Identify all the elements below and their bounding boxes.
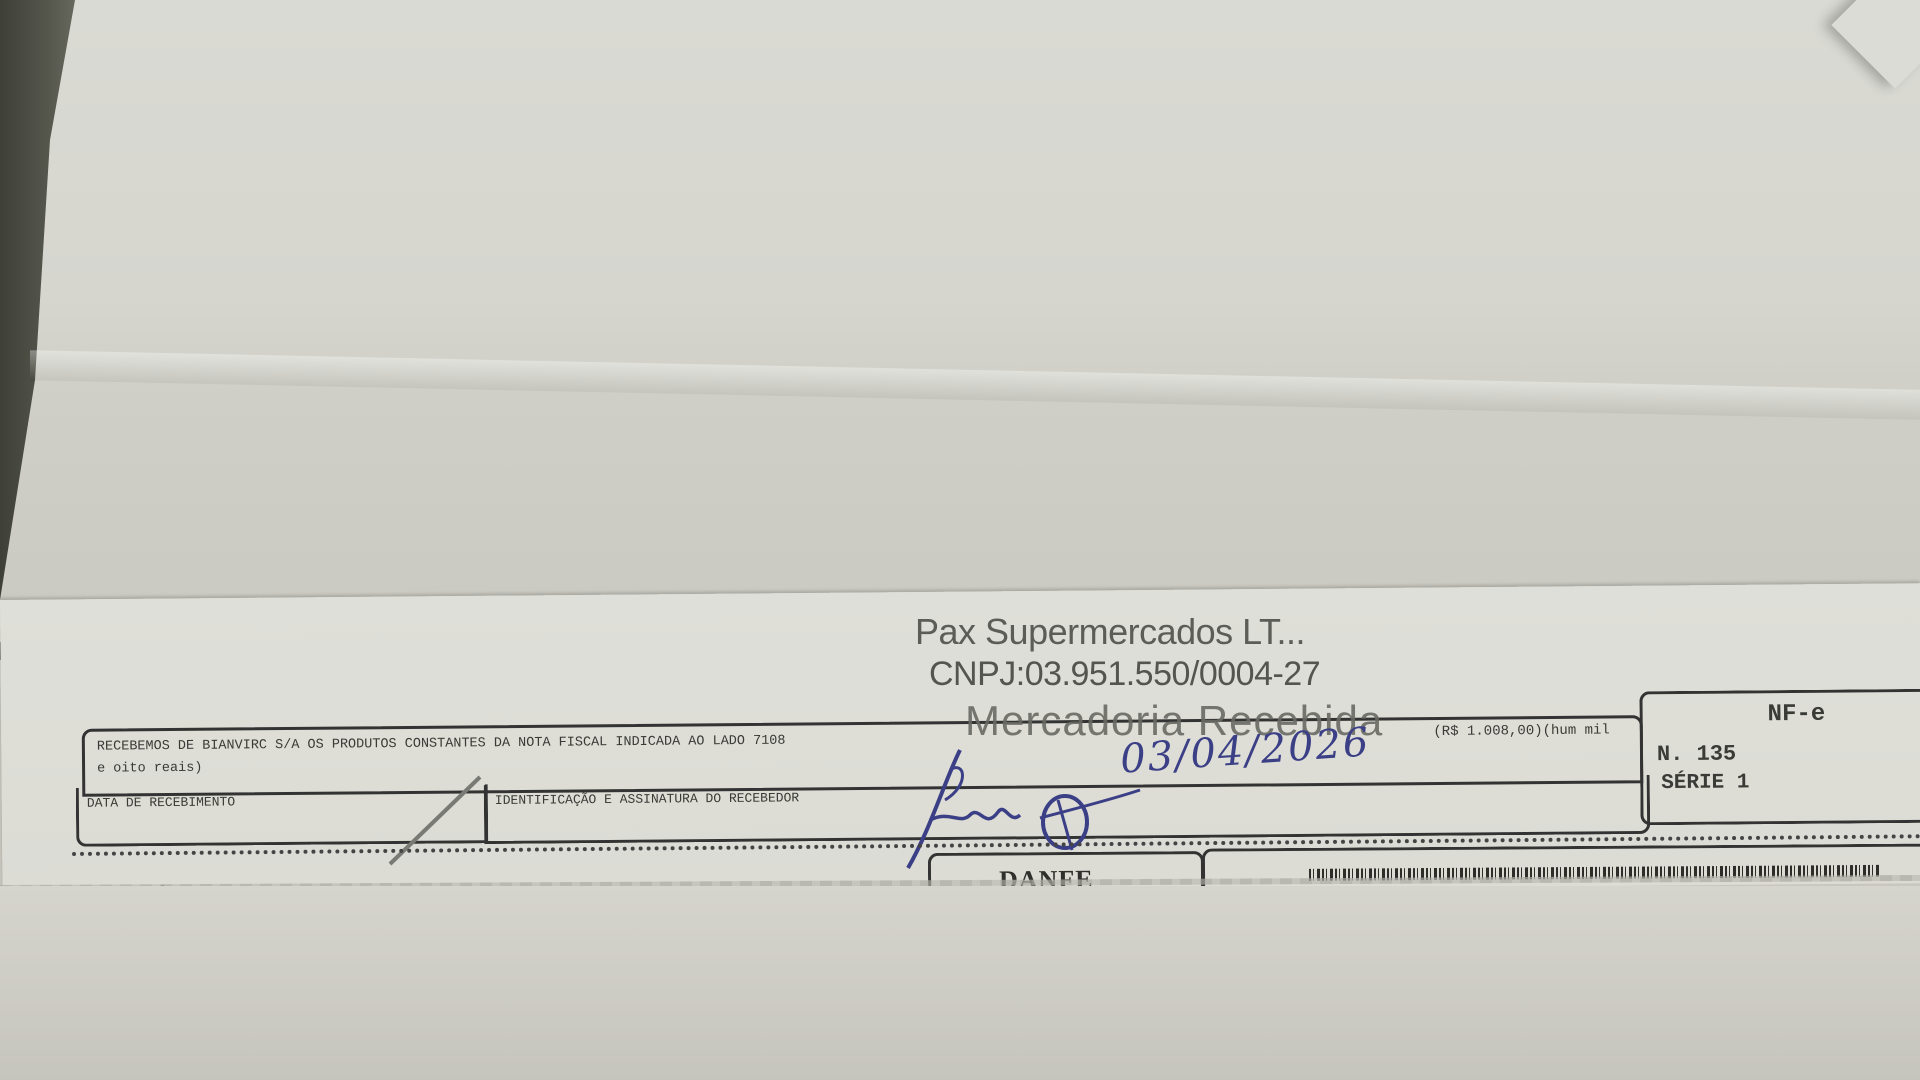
- folded-page: [0, 0, 1920, 660]
- company-name: Pax Supermercados LT...: [915, 611, 1305, 652]
- receipt-statement-line2: e oito reais): [97, 761, 202, 777]
- nfe-number: N. 135: [1657, 741, 1736, 767]
- company-cnpj: CNPJ:03.951.550/0004-27: [929, 654, 1320, 694]
- nfe-series: SÉRIE 1: [1661, 771, 1749, 795]
- signature-field-label: IDENTIFICAÇÃO E ASSINATURA DO RECEBEDOR: [495, 790, 799, 808]
- date-field-label: DATA DE RECEBIMENTO: [87, 794, 235, 810]
- receipt-statement-line1: RECEBEMOS DE BIANVIRC S/A OS PRODUTOS CO…: [97, 734, 786, 755]
- lower-sheet: [0, 886, 1920, 1080]
- pencil-stroke: [380, 772, 490, 872]
- receipt-statement-amount: (R$ 1.008,00)(hum mil: [1433, 722, 1610, 740]
- access-key-box: [1202, 843, 1920, 891]
- company-stamp: Pax Supermercados LT... CNPJ:03.951.550/…: [915, 612, 1320, 694]
- nfe-title: NF-e: [1768, 701, 1826, 729]
- nfe-box: NF-e N. 135 SÉRIE 1: [1639, 689, 1920, 826]
